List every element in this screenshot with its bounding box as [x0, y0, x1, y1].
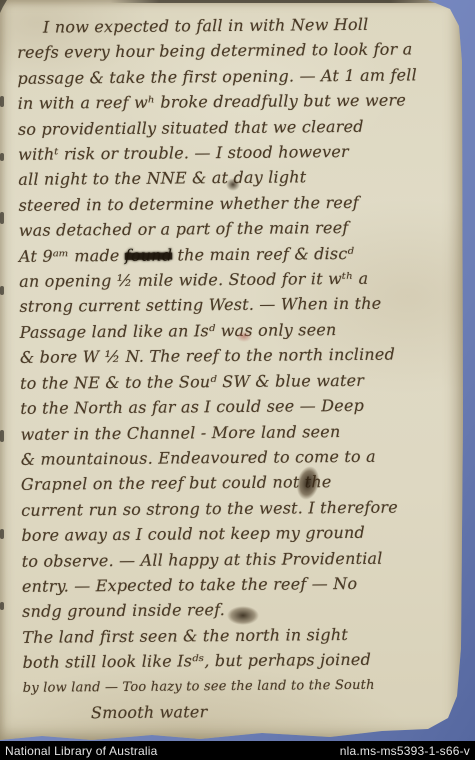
manuscript-line: & bore W ½ N. The reef to the north incl…	[0, 341, 463, 370]
manuscript-line-text: strong current setting West. — When in t…	[19, 294, 381, 316]
manuscript-line-text: water in the Channel - More land seen	[20, 422, 340, 444]
manuscript-line-text: bore away as I could not keep my ground	[21, 523, 365, 545]
manuscript-line-text: entry. — Expected to take the reef — No	[22, 574, 358, 596]
ink-blot	[226, 178, 240, 191]
manuscript-line-text: The land first seen & the north in sight	[22, 625, 348, 647]
struck-word: found	[125, 245, 173, 264]
manuscript-line-text: At 9ᵃᵐ made	[19, 246, 125, 266]
manuscript-line: current run so strong to the west. I the…	[1, 494, 464, 523]
manuscript-line-text: & mountainous. Endeavoured to come to a	[21, 447, 376, 469]
manuscript-line-text: & bore W ½ N. The reef to the north incl…	[20, 345, 395, 367]
manuscript-line-text: I now expected to fall in with New Holl	[43, 15, 369, 37]
manuscript-line-text: was detached or a part of the main reef	[19, 218, 349, 240]
catalog-number: nla.ms-ms5393-1-s66-v	[340, 744, 470, 758]
manuscript-line-text: sndg ground inside reef.	[22, 600, 225, 621]
manuscript-line-text: Passage land like an Isᵈ was only seen	[20, 320, 337, 342]
manuscript-line-text: an opening ½ mile wide. Stood for it wᵗʰ…	[19, 269, 368, 291]
manuscript-line-text: reefs every hour being determined to loo…	[17, 40, 412, 62]
manuscript-line: in with a reef wʰ broke dreadfully but w…	[0, 87, 461, 116]
manuscript-line-text: by low land — Too hazy to see the land t…	[23, 677, 375, 695]
manuscript-line-text: Smooth water	[91, 702, 208, 722]
page-corner-nick	[0, 0, 7, 13]
manuscript-line-text: withᵗ risk or trouble. — I stood however	[18, 142, 349, 164]
manuscript-page: I now expected to fall in with New Hollr…	[0, 0, 463, 741]
manuscript-line-text: to the North as far as I could see — Dee…	[20, 396, 364, 418]
manuscript-line-text: to observe. — All happy at this Providen…	[22, 548, 383, 570]
manuscript-line-text: Grapnel on the reef but could not the	[21, 472, 332, 494]
manuscript-line-text: steered in to determine whether the reef	[18, 193, 358, 215]
manuscript-line: Smooth water	[3, 697, 466, 726]
manuscript-line-text: current run so strong to the west. I the…	[21, 497, 398, 519]
manuscript-line-text: both still look like Isᵈˢ, but perhaps j…	[22, 650, 371, 672]
manuscript-line: reefs every hour being determined to loo…	[0, 36, 460, 65]
library-name: National Library of Australia	[5, 744, 158, 758]
page-top-edge	[110, 0, 440, 3]
manuscript-line-text: the main reef & discᵈ	[172, 244, 354, 265]
manuscript-line-text: to the NE & to the Souᵈ SW & blue water	[20, 371, 364, 393]
manuscript-line-text: in with a reef wʰ broke dreadfully but w…	[18, 91, 407, 113]
ink-blot	[227, 606, 259, 625]
footer-bar: National Library of Australia nla.ms-ms5…	[0, 741, 475, 760]
manuscript-line-text: passage & take the first opening. — At 1…	[17, 65, 417, 87]
manuscript-scan-viewer: I now expected to fall in with New Hollr…	[0, 0, 475, 760]
manuscript-line-text: all night to the NNE & at day light	[18, 168, 306, 190]
ink-bleed-mark	[236, 331, 252, 342]
manuscript-line-text: so providentially situated that we clear…	[18, 116, 364, 138]
